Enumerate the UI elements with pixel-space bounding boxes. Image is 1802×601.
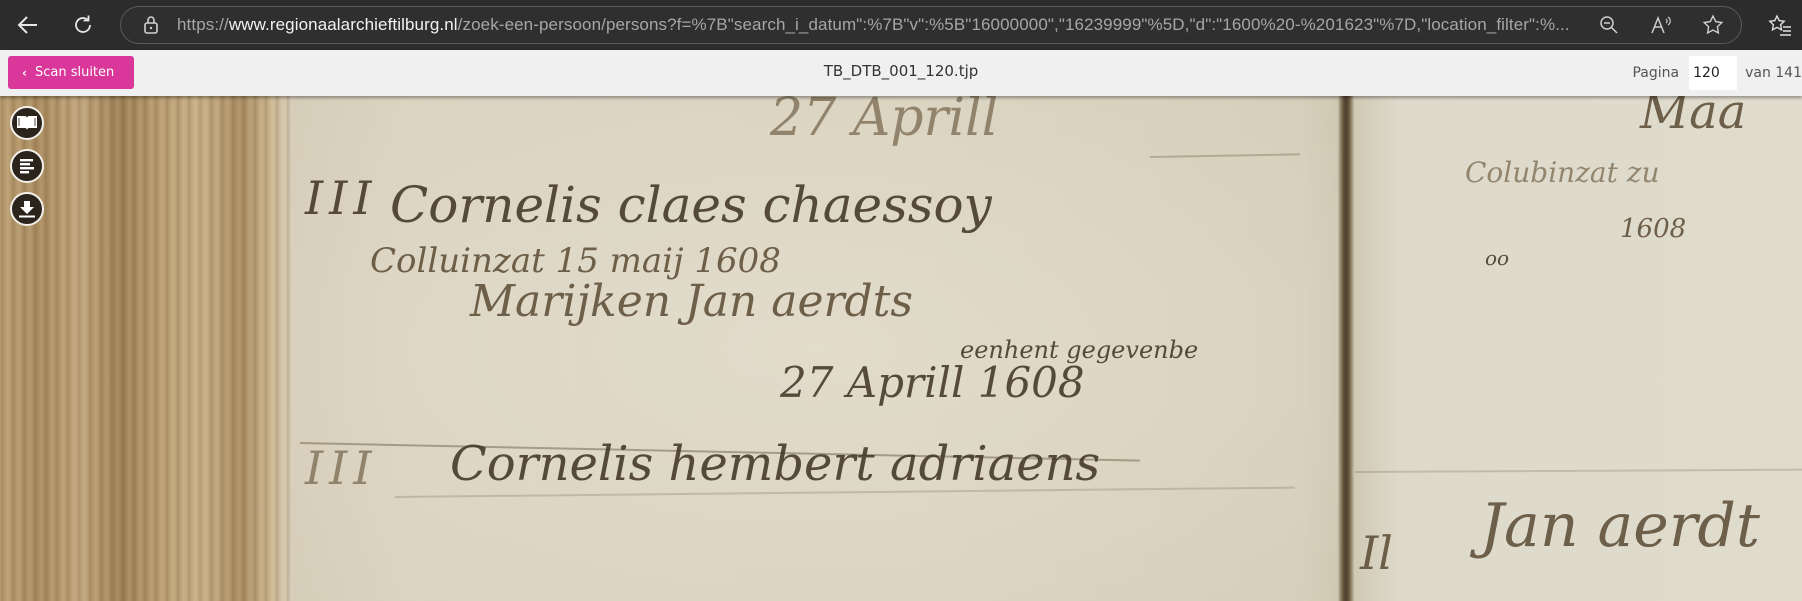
book-icon xyxy=(16,114,38,132)
handwriting: Maa xyxy=(1640,96,1746,140)
url-host: www.regionaalarchieftilburg.nl xyxy=(229,15,458,34)
handwriting: 1608 xyxy=(1620,214,1686,244)
favorites-button[interactable] xyxy=(1764,9,1796,41)
handwriting: oo xyxy=(1485,246,1509,270)
handwriting: Cornelis hembert adriaens xyxy=(450,436,1100,492)
viewer-toolbar xyxy=(10,106,44,226)
favorite-star-icon[interactable] xyxy=(1699,11,1727,39)
read-aloud-icon[interactable] xyxy=(1647,11,1675,39)
transcription-button[interactable] xyxy=(10,149,44,183)
page-number-input[interactable] xyxy=(1689,56,1737,90)
back-button[interactable] xyxy=(12,9,44,41)
page-label: Pagina xyxy=(1632,65,1679,81)
favorites-list-icon xyxy=(1768,14,1792,36)
url-text[interactable]: https://www.regionaalarchieftilburg.nl/z… xyxy=(177,15,1577,35)
page-navigator: Pagina van 141 xyxy=(1632,56,1802,90)
ink-rule xyxy=(1355,469,1802,473)
book-view-button[interactable] xyxy=(10,106,44,140)
handwriting: Colubinzat zu xyxy=(1465,156,1660,189)
download-button[interactable] xyxy=(10,192,44,226)
handwriting: Cornelis claes chaessoy xyxy=(390,176,992,234)
book-gutter xyxy=(1338,96,1354,601)
refresh-icon xyxy=(72,14,94,36)
handwriting: Marijken Jan aerdts xyxy=(470,276,913,327)
page-total: van 141 xyxy=(1745,65,1802,81)
file-title: TB_DTB_001_120.tjp xyxy=(0,62,1802,80)
address-bar[interactable]: https://www.regionaalarchieftilburg.nl/z… xyxy=(120,6,1742,44)
entry-marker: III xyxy=(305,171,378,225)
url-path: /zoek-een-persoon/persons?f=%7B"search_i… xyxy=(458,15,1570,34)
viewer-header: ‹ Scan sluiten TB_DTB_001_120.tjp Pagina… xyxy=(0,50,1802,96)
lock-icon[interactable] xyxy=(141,14,161,36)
handwriting: 27 Aprill 1608 xyxy=(780,358,1085,407)
scan-image-viewer[interactable]: 27 Aprill III Cornelis claes chaessoy Co… xyxy=(0,96,1802,601)
text-align-icon xyxy=(18,157,36,175)
download-icon xyxy=(18,200,36,218)
entry-marker: Il xyxy=(1360,526,1393,580)
handwriting: Jan aerdt xyxy=(1480,491,1760,561)
entry-marker: III xyxy=(305,441,378,495)
refresh-button[interactable] xyxy=(67,9,99,41)
zoom-out-icon[interactable] xyxy=(1595,11,1623,39)
handwriting: Colluinzat 15 maij 1608 xyxy=(370,241,781,281)
url-scheme: https:// xyxy=(177,15,229,34)
browser-toolbar: https://www.regionaalarchieftilburg.nl/z… xyxy=(0,0,1802,50)
handwriting: 27 Aprill xyxy=(770,96,998,148)
back-icon xyxy=(17,14,39,36)
